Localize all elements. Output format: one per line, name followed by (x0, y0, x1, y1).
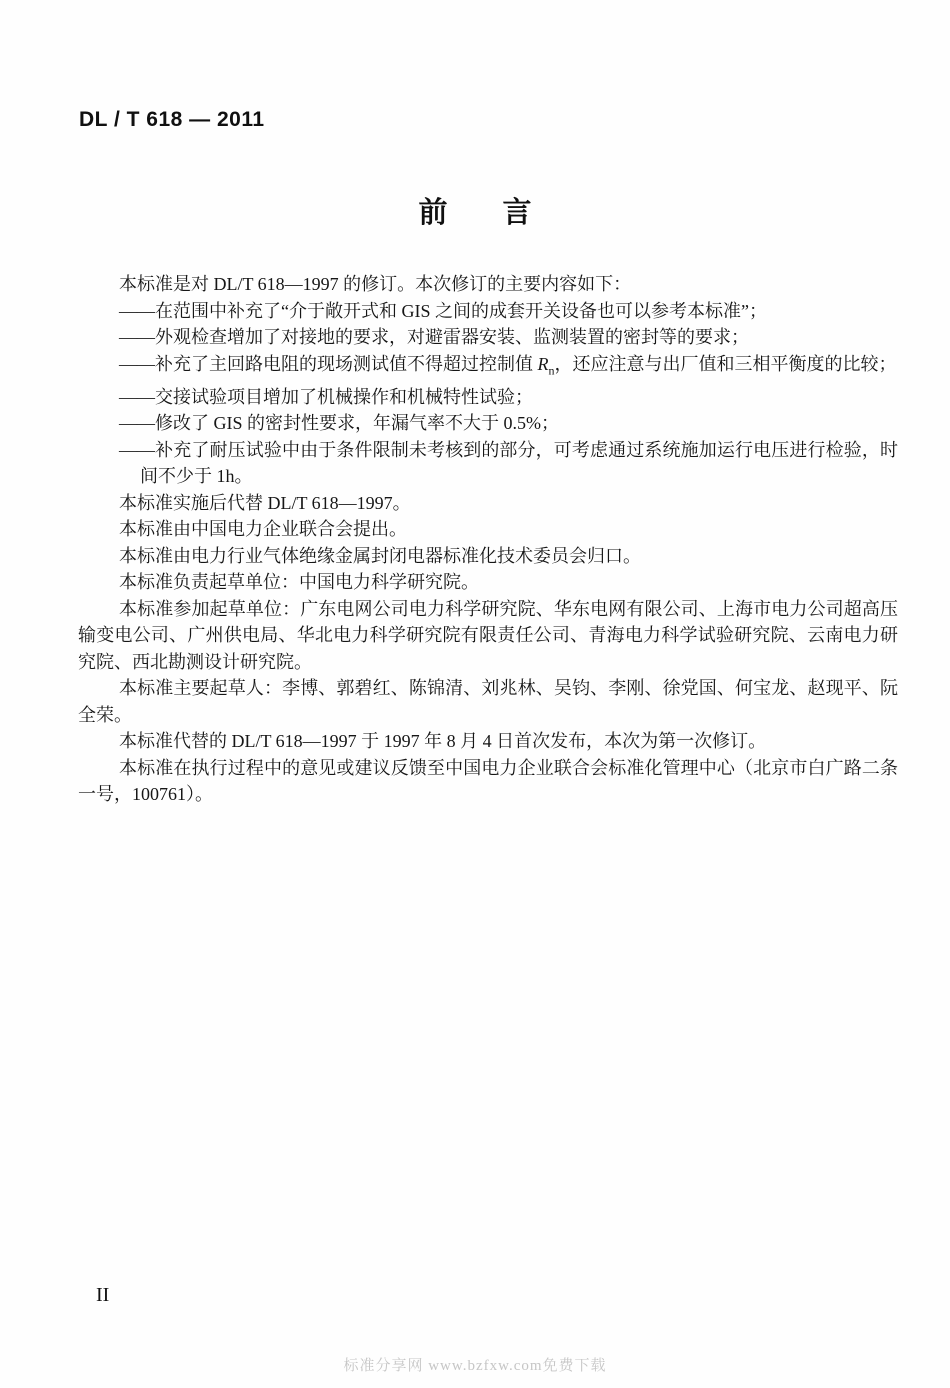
revision-item-mechanical-tests: ——交接试验项目增加了机械操作和机械特性试验； (78, 384, 898, 411)
statement-chief-drafting-org: 本标准负责起草单位：中国电力科学研究院。 (78, 569, 898, 596)
foreword-intro: 本标准是对 DL/T 618—1997 的修订。本次修订的主要内容如下： (78, 271, 898, 298)
revision-item-gis-sealing: ——修改了 GIS 的密封性要求，年漏气率不大于 0.5%； (78, 410, 898, 437)
document-page: DL / T 618 — 2011 前言 本标准是对 DL/T 618—1997… (0, 0, 950, 1388)
statement-centralized-by: 本标准由电力行业气体绝缘金属封闭电器标准化技术委员会归口。 (78, 543, 898, 570)
revision-item-resistance: ——补充了主回路电阻的现场测试值不得超过控制值 Rn，还应注意与出厂值和三相平衡… (78, 351, 898, 384)
revision-item-scope: ——在范围中补充了“介于敞开式和 GIS 之间的成套开关设备也可以参考本标准”； (78, 298, 898, 325)
statement-replaces: 本标准实施后代替 DL/T 618—1997。 (78, 490, 898, 517)
statement-participating-orgs: 本标准参加起草单位：广东电网公司电力科学研究院、华东电网有限公司、上海市电力公司… (78, 596, 898, 676)
standard-code: DL / T 618 — 2011 (79, 108, 265, 132)
revision-item-withstand-voltage: ——补充了耐压试验中由于条件限制未考核到的部分，可考虑通过系统施加运行电压进行检… (78, 437, 898, 490)
statement-proposed-by: 本标准由中国电力企业联合会提出。 (78, 516, 898, 543)
symbol-R: R (538, 354, 549, 374)
statement-feedback-address: 本标准在执行过程中的意见或建议反馈至中国电力企业联合会标准化管理中心（北京市白广… (78, 755, 898, 808)
resistance-text-before: ——补充了主回路电阻的现场测试值不得超过控制值 (119, 354, 538, 374)
resistance-text-after: ，还应注意与出厂值和三相平衡度的比较； (555, 354, 897, 374)
page-number: II (96, 1284, 109, 1307)
watermark: 标准分享网 www.bzfxw.com免费下载 (0, 1354, 950, 1375)
foreword-body: 本标准是对 DL/T 618—1997 的修订。本次修订的主要内容如下： ——在… (78, 271, 898, 808)
revision-item-visual-inspection: ——外观检查增加了对接地的要求，对避雷器安装、监测装置的密封等的要求； (78, 324, 898, 351)
page-title: 前言 (0, 190, 950, 231)
statement-drafters: 本标准主要起草人：李博、郭碧红、陈锦清、刘兆林、吴钧、李刚、徐党国、何宝龙、赵现… (78, 675, 898, 728)
statement-first-issue: 本标准代替的 DL/T 618—1997 于 1997 年 8 月 4 日首次发… (78, 728, 898, 755)
